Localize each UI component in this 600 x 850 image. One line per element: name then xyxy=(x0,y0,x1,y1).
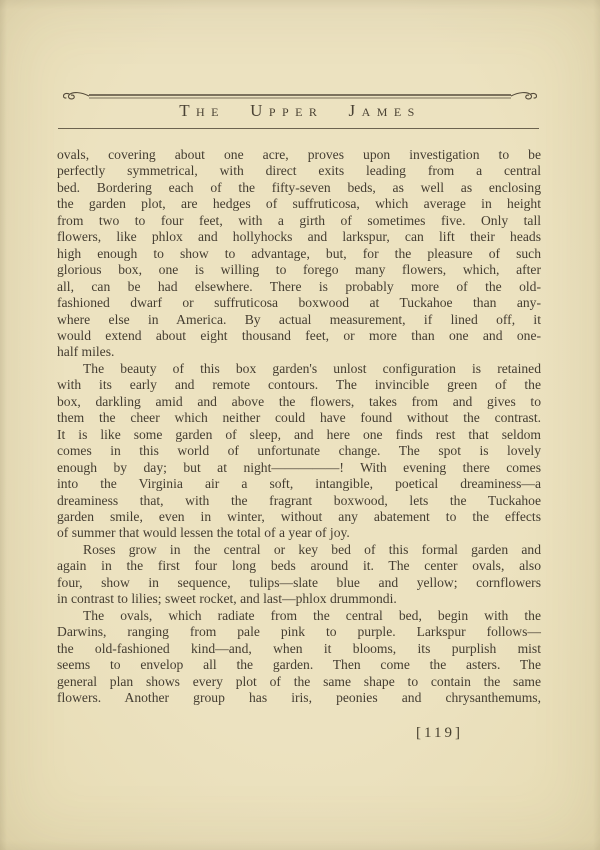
page-number: [119] xyxy=(416,725,463,742)
text-line: flowers. Another group has iris, peonies… xyxy=(57,690,541,706)
text-line: half miles. xyxy=(57,344,541,360)
text-line: glorious box, one is willing to forego m… xyxy=(57,262,541,278)
text-line: box, darkling amid and above the flowers… xyxy=(57,394,541,410)
text-line: Roses grow in the central or key bed of … xyxy=(57,542,541,558)
text-line: where else in America. By actual measure… xyxy=(57,312,541,328)
text-line: bed. Bordering each of the fifty-seven b… xyxy=(57,180,541,196)
text-line: four, show in sequence, tulips—slate blu… xyxy=(57,575,541,591)
text-line: garden smile, even in winter, without an… xyxy=(57,509,541,525)
text-line: again in the first four long beds around… xyxy=(57,558,541,574)
text-line: The beauty of this box garden's unlost c… xyxy=(57,361,541,377)
text-line: It is like some garden of sleep, and her… xyxy=(57,427,541,443)
paragraph: Roses grow in the central or key bed of … xyxy=(57,542,541,608)
text-line: with its early and remote contours. The … xyxy=(57,377,541,393)
text-line: Darwins, ranging from pale pink to purpl… xyxy=(57,624,541,640)
text-line: comes in this world of unfortunate chang… xyxy=(57,443,541,459)
text-line: from two to four feet, with a girth of s… xyxy=(57,213,541,229)
paragraph: The beauty of this box garden's unlost c… xyxy=(57,361,541,542)
text-line: flowers, like phlox and hollyhocks and l… xyxy=(57,229,541,245)
page-title: The Upper James xyxy=(0,101,600,121)
text-line: fashioned dwarf or suffruticosa boxwood … xyxy=(57,295,541,311)
text-line: of summer that would lessen the total of… xyxy=(57,525,541,541)
text-line: in contrast to lilies; sweet rocket, and… xyxy=(57,591,541,607)
text-line: ovals, covering about one acre, proves u… xyxy=(57,147,541,163)
book-page: The Upper James ovals, covering about on… xyxy=(0,0,600,850)
text-line: would extend about eight thousand feet, … xyxy=(57,328,541,344)
text-line: them the cheer which neither could have … xyxy=(57,410,541,426)
text-line: into the Virginia air a soft, intangible… xyxy=(57,476,541,492)
text-line: dreaminess that, with the fragrant boxwo… xyxy=(57,493,541,509)
text-line: high enough to show to advantage, but, f… xyxy=(57,246,541,262)
text-line: general plan shows every plot of the sam… xyxy=(57,674,541,690)
text-line: perfectly symmetrical, with direct exits… xyxy=(57,163,541,179)
body-text: ovals, covering about one acre, proves u… xyxy=(57,147,541,706)
header-rule xyxy=(58,128,539,129)
text-line: The ovals, which radiate from the centra… xyxy=(57,608,541,624)
text-line: enough by day; but at night—————! With e… xyxy=(57,460,541,476)
text-line: all, can be had elsewhere. There is prob… xyxy=(57,279,541,295)
text-line: seems to envelop all the garden. Then co… xyxy=(57,657,541,673)
paragraph: The ovals, which radiate from the centra… xyxy=(57,608,541,707)
text-line: the old-fashioned kind—and, when it bloo… xyxy=(57,641,541,657)
paragraph: ovals, covering about one acre, proves u… xyxy=(57,147,541,361)
text-line: the garden plot, are hedges of suffrutic… xyxy=(57,196,541,212)
